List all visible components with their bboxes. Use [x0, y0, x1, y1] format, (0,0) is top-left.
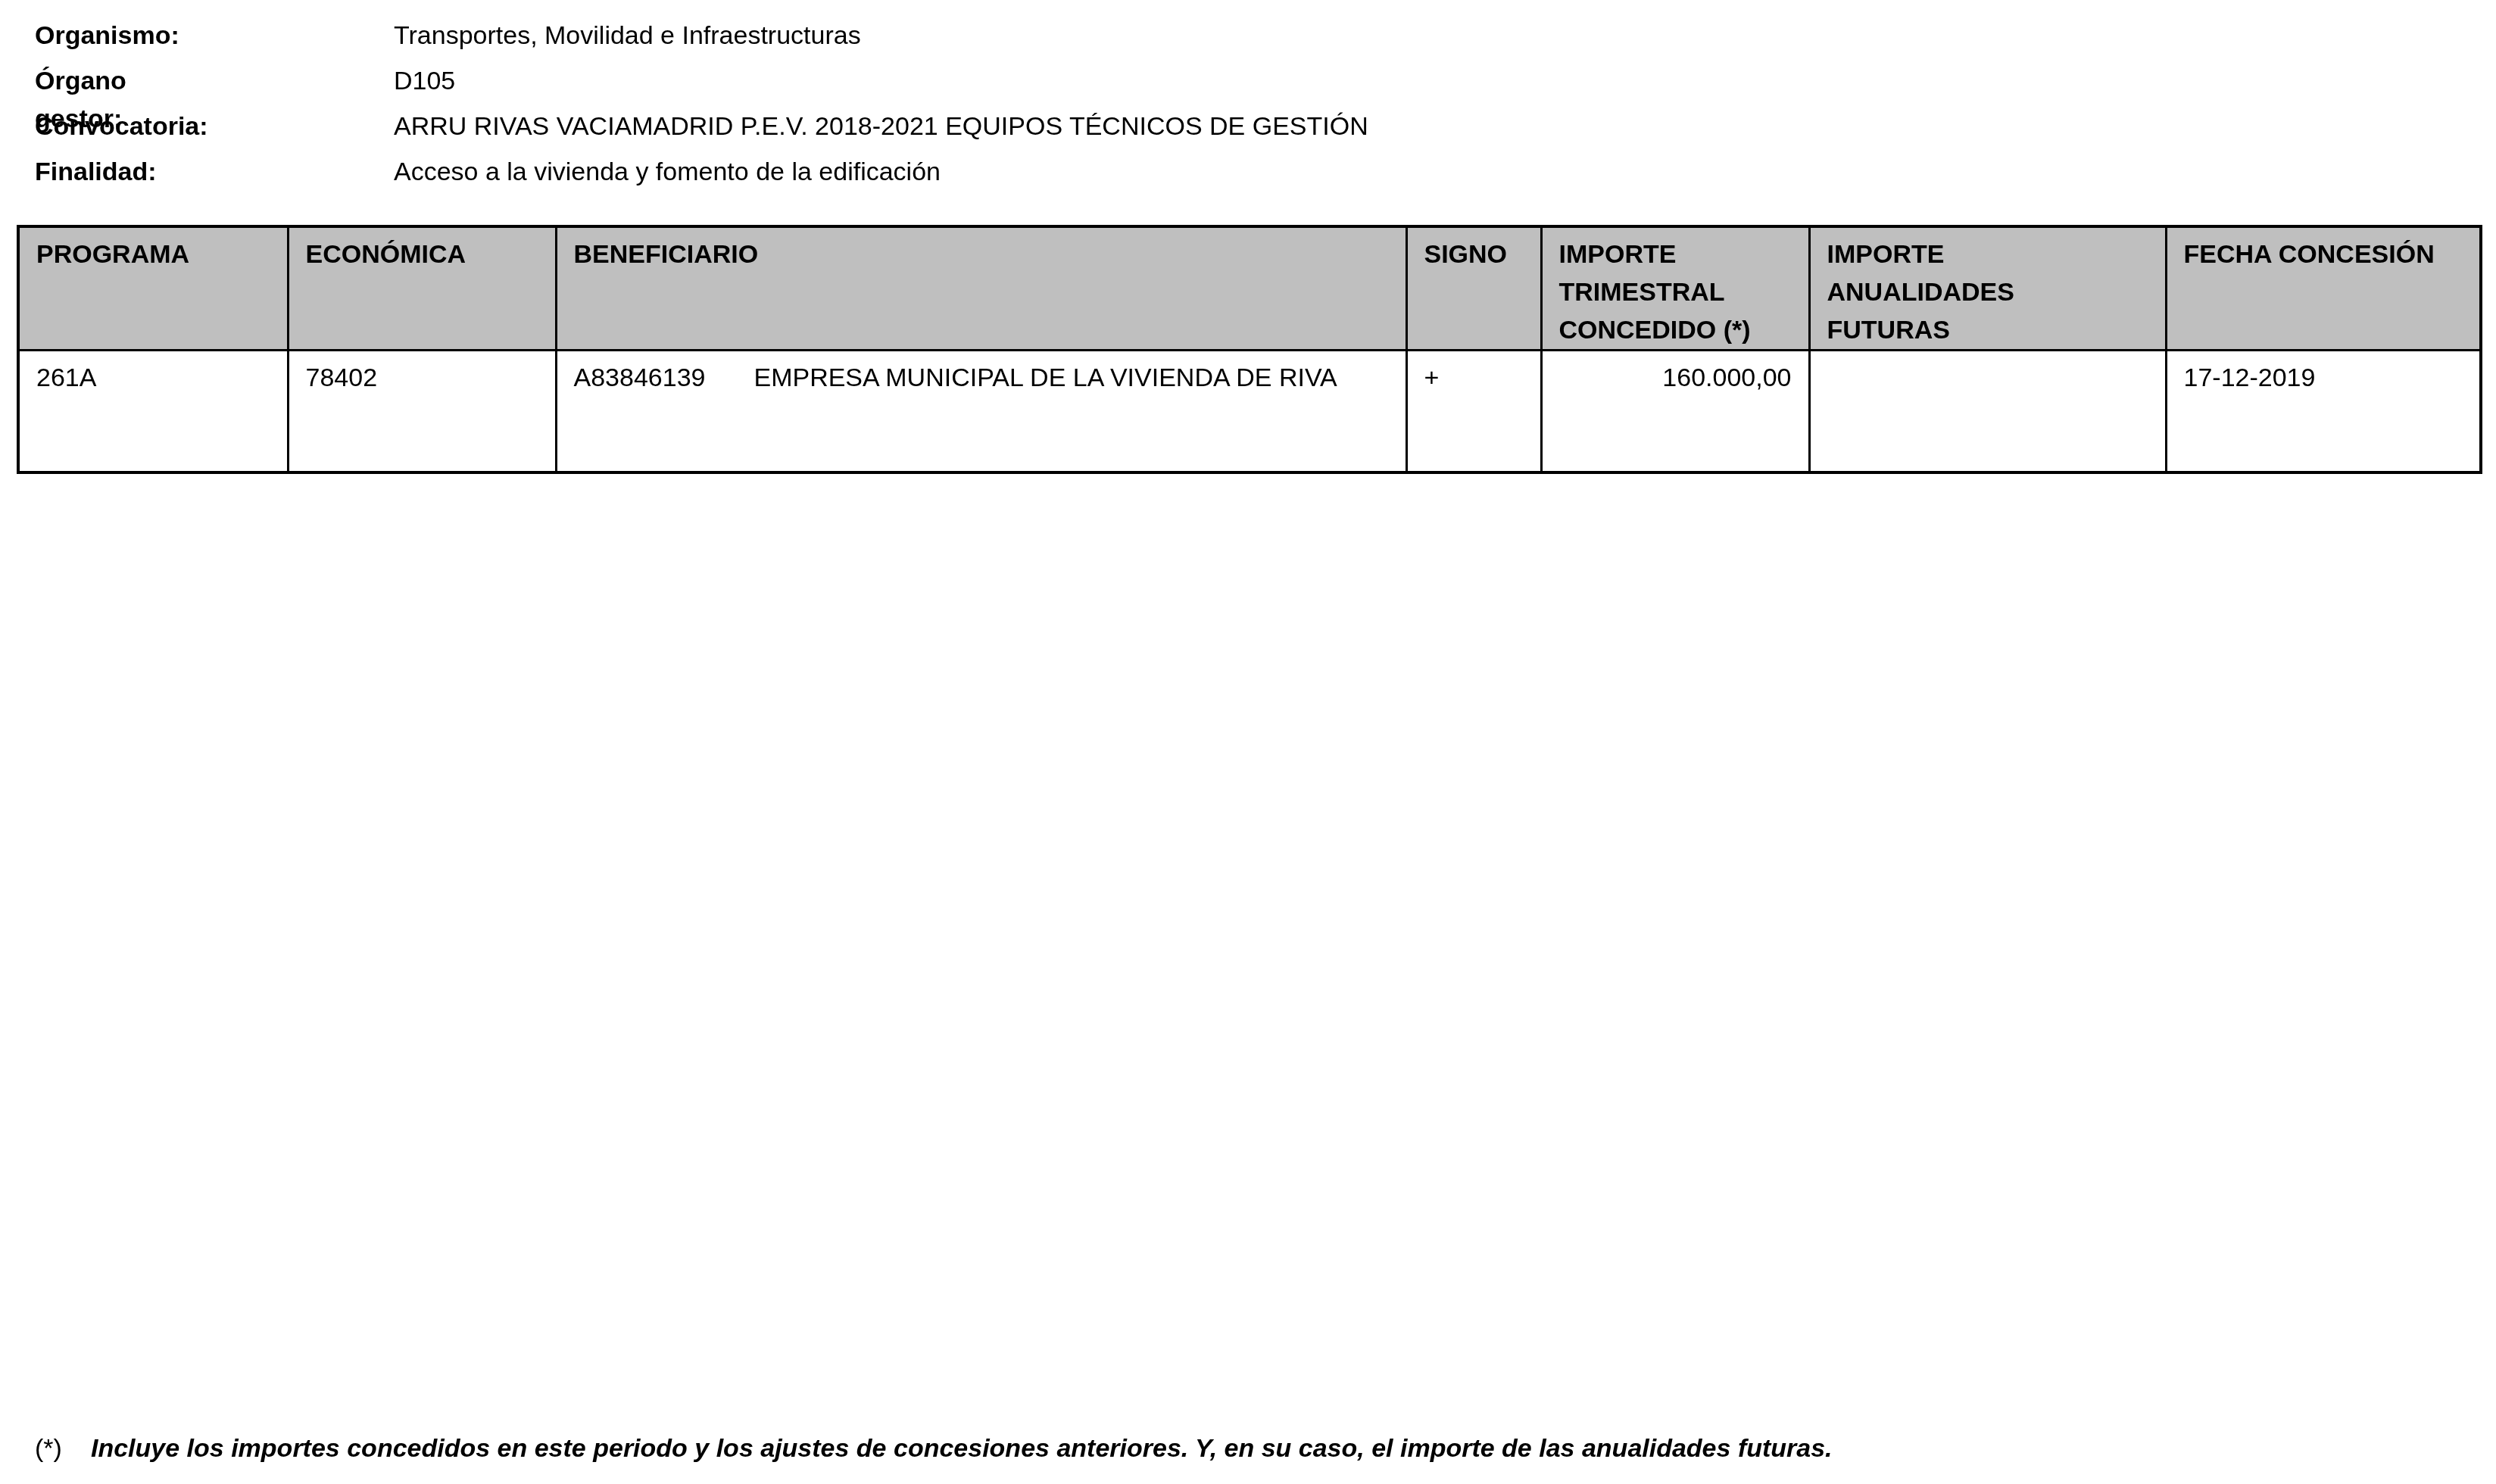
field-label: Finalidad: [35, 153, 157, 191]
col-header-programa: PROGRAMA [18, 226, 288, 351]
field-label: Convocatoria: [35, 108, 208, 145]
footnote-mark: (*) [35, 1429, 91, 1467]
col-header-importe-anualidades: IMPORTEANUALIDADESFUTURAS [1809, 226, 2166, 351]
cell-signo: + [1406, 351, 1541, 473]
field-value: D105 [394, 62, 455, 100]
beneficiario-nombre: EMPRESA MUNICIPAL DE LA VIVIENDA DE RIVA [753, 363, 1337, 392]
col-header-fecha-concesion: FECHA CONCESIÓN [2166, 226, 2481, 351]
cell-economica: 78402 [288, 351, 556, 473]
cell-importe-trimestral: 160.000,00 [1541, 351, 1809, 473]
field-label: Organismo: [35, 17, 179, 55]
col-header-beneficiario: BENEFICIARIO [556, 226, 1406, 351]
field-value: Transportes, Movilidad e Infraestructura… [394, 17, 861, 55]
cell-beneficiario: A83846139EMPRESA MUNICIPAL DE LA VIVIEND… [556, 351, 1406, 473]
col-header-importe-trimestral: IMPORTETRIMESTRALCONCEDIDO (*) [1541, 226, 1809, 351]
cell-importe-anualidades [1809, 351, 2166, 473]
cell-programa: 261A [18, 351, 288, 473]
table-row: 261A 78402 A83846139EMPRESA MUNICIPAL DE… [18, 351, 2481, 473]
col-header-economica: ECONÓMICA [288, 226, 556, 351]
field-value: Acceso a la vivienda y fomento de la edi… [394, 153, 941, 191]
footnote-text: Incluye los importes concedidos en este … [91, 1434, 1833, 1463]
cell-fecha-concesion: 17-12-2019 [2166, 351, 2481, 473]
beneficiario-id: A83846139 [574, 363, 706, 392]
concessions-table: PROGRAMA ECONÓMICA BENEFICIARIO SIGNO IM… [17, 225, 2482, 474]
field-value: ARRU RIVAS VACIAMADRID P.E.V. 2018-2021 … [394, 108, 1368, 145]
footnote: (*)Incluye los importes concedidos en es… [35, 1429, 1833, 1467]
col-header-signo: SIGNO [1406, 226, 1541, 351]
table-header-row: PROGRAMA ECONÓMICA BENEFICIARIO SIGNO IM… [18, 226, 2481, 351]
